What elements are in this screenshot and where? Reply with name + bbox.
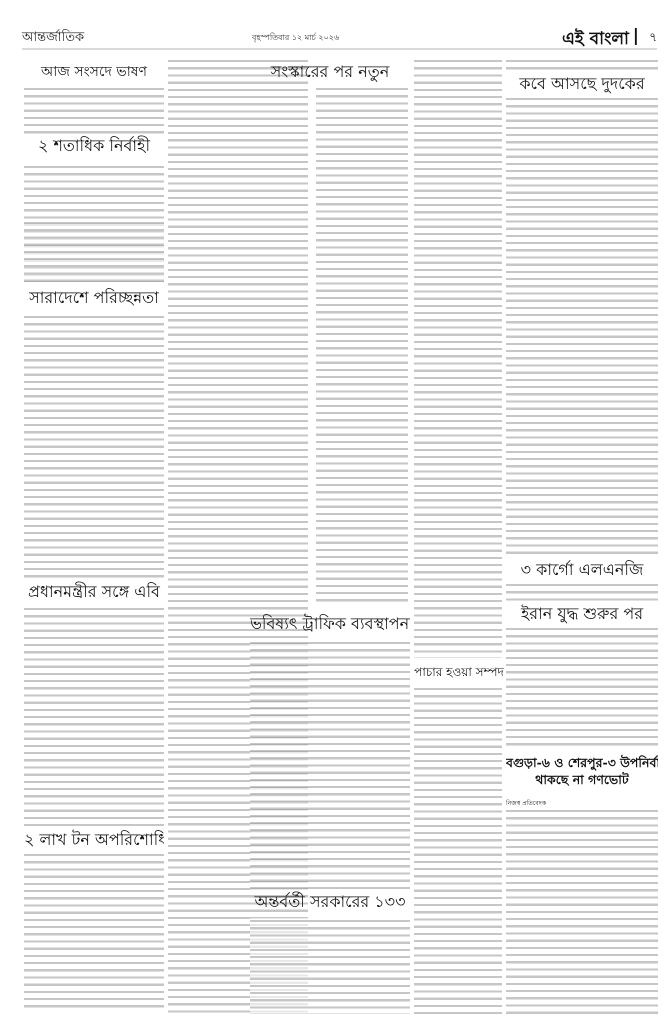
article-headline: ৩ কার্গো এলএনজি — [506, 558, 658, 582]
article-body — [24, 314, 164, 578]
headline-iran-war: ইরান যুদ্ধ শুরুর পর — [506, 605, 658, 623]
article-headline: সংস্কারের পর নতুন — [250, 60, 410, 86]
headline-ontorborti-sorkar: অন্তর্বর্তী সরকারের ১৩৩ — [250, 893, 410, 911]
byline: নিজস্ব প্রতিবেদক — [506, 798, 658, 806]
article-headline: অন্তর্বর্তী সরকারের ১৩৩ — [250, 890, 410, 916]
headline-bogura-sherpur-line1: বগুড়া-৬ ও শেরপুর-৩ উপনির্বাচনে — [506, 754, 658, 771]
masthead: আন্তর্জাতিক বৃহস্পতিবার ১২ মার্চ ২০২৬ এই… — [22, 26, 657, 50]
section-title: আন্তর্জাতিক — [22, 28, 84, 49]
article-body — [24, 606, 164, 826]
article-headline: ২ লাখ টন অপরিশোধিত — [24, 828, 164, 852]
logo-text: এই বা — [562, 29, 611, 49]
headline-shotadhik-nirbahi: ২ শতাধিক নির্বাহী — [24, 137, 164, 155]
article-body — [316, 86, 408, 606]
logo-text-end: লা — [611, 29, 629, 49]
article-body — [414, 686, 502, 1014]
headline-prodhanmontri-ebi: প্রধানমন্ত্রীর সঙ্গে এবি — [24, 583, 164, 601]
article-body — [414, 58, 502, 658]
article-body — [506, 96, 658, 556]
headline-lng: ৩ কার্গো এলএনজি — [506, 561, 658, 579]
article-headline: পাচার হওয়া সম্পদ — [414, 660, 504, 684]
issue-date: বৃহস্পতিবার ১২ মার্চ ২০২৬ — [252, 32, 339, 45]
article-body — [24, 86, 164, 134]
article-body — [506, 626, 658, 750]
article-headline: বগুড়া-৬ ও শেরপুর-৩ উপনির্বাচনে থাকছে না… — [506, 752, 658, 796]
headline-bogura-sherpur-line2: থাকছে না গণভোট — [506, 771, 658, 788]
article-headline: আজ সংসদে ভাষণ — [24, 60, 164, 86]
article-headline: ইরান যুদ্ধ শুরুর পর — [506, 602, 658, 626]
newspaper-logo: এই বাংলা — [562, 26, 629, 54]
article-body — [250, 640, 410, 890]
article-body — [506, 58, 658, 70]
masthead-separator: | — [633, 26, 639, 46]
article-headline: ২ শতাধিক নির্বাহী — [24, 134, 164, 162]
article-headline: প্রধানমন্ত্রীর সঙ্গে এবি — [24, 580, 164, 606]
headline-2-lakh-ton: ২ লাখ টন অপরিশোধিত — [24, 831, 164, 849]
headline-aj-songsode: আজ সংসদে ভাষণ — [24, 63, 164, 81]
article-body — [24, 852, 164, 1012]
headline-parichhonnota: সারাদেশে পরিচ্ছন্নতা — [24, 289, 164, 307]
headline-traffic: ভবিষ্যৎ ট্রাফিক ব্যবস্থাপনা — [250, 615, 410, 633]
page-number: ৭ — [649, 29, 657, 49]
article-body — [506, 582, 658, 602]
headline-pachar-sompod: পাচার হওয়া সম্পদ — [414, 663, 504, 681]
article-headline: ভবিষ্যৎ ট্রাফিক ব্যবস্থাপনা — [250, 612, 410, 638]
byline-block: নিজস্ব প্রতিবেদক — [506, 796, 658, 806]
article-headline: সারাদেশে পরিচ্ছন্নতা — [24, 286, 164, 312]
article-body — [506, 808, 658, 1014]
headline-songskarer-por: সংস্কারের পর নতুন — [250, 63, 410, 81]
article-body — [250, 918, 410, 1014]
article-headline: কবে আসছে দুদকের — [506, 72, 658, 96]
headline-dudok: কবে আসছে দুদকের — [506, 75, 658, 93]
article-body — [24, 220, 164, 282]
